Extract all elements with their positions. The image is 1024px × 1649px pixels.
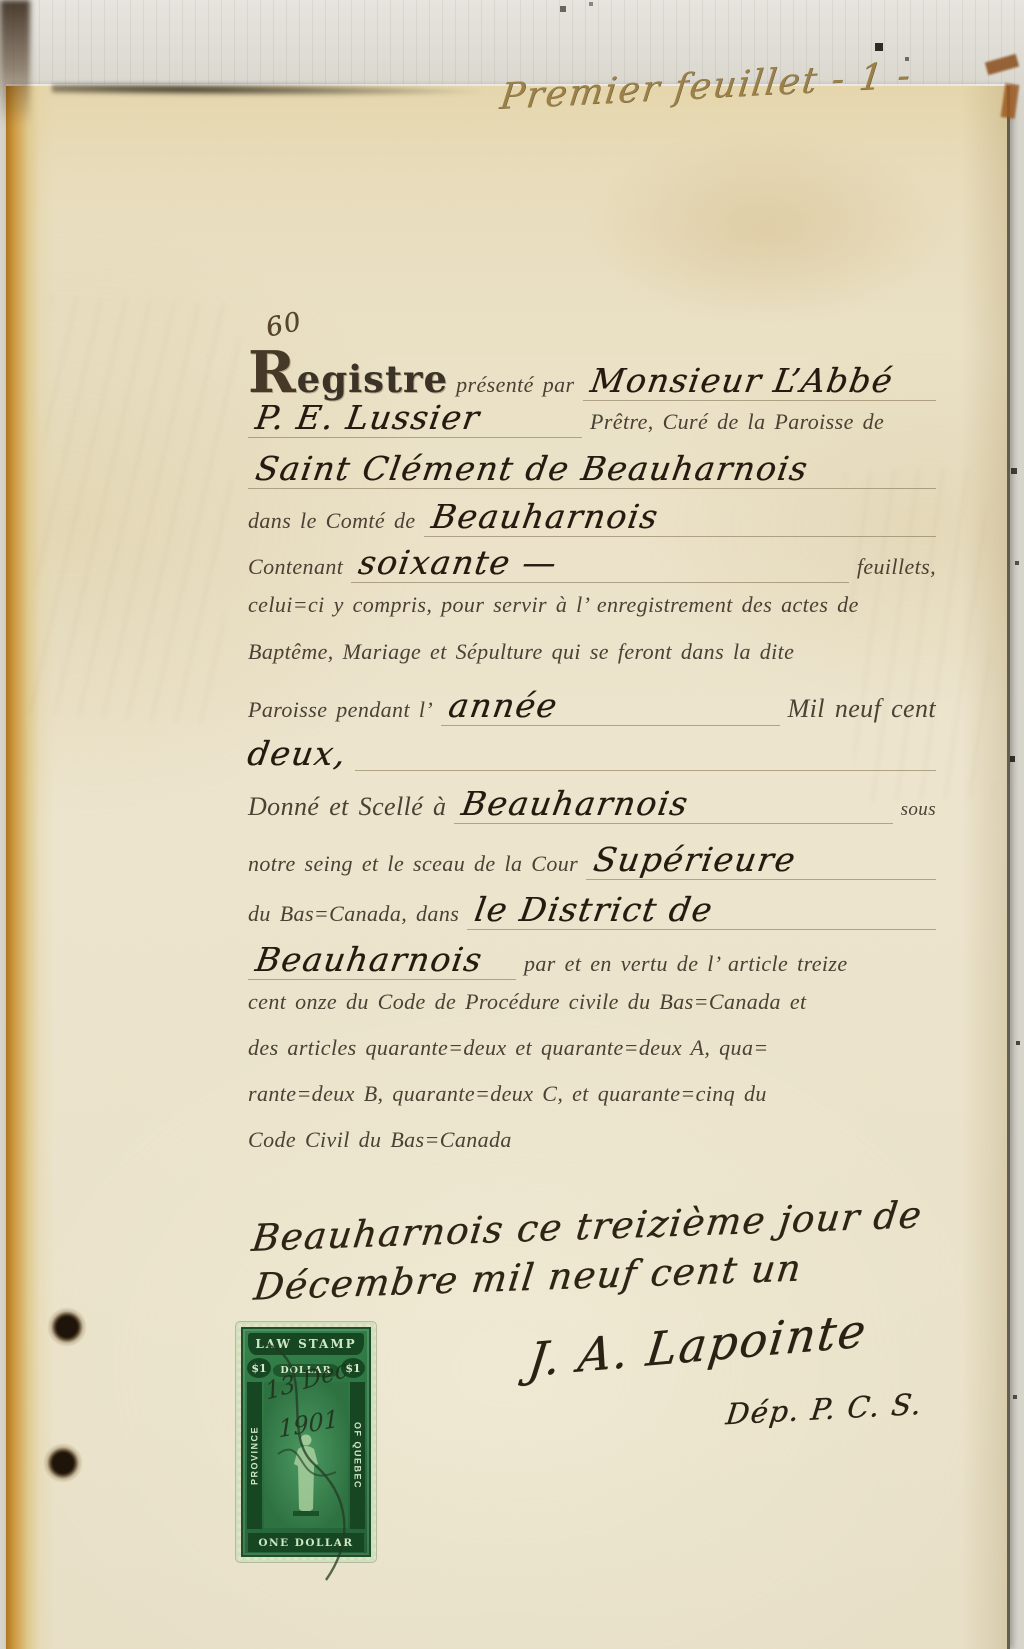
punch-hole [43,1443,83,1483]
form-line-seal: notre seing et le sceau de la Cour Supér… [248,840,936,890]
handwritten-court: Supérieure [591,840,799,879]
handwritten-parish: Saint Clément de Beauharnois [253,449,811,488]
fill-given-place: Beauharnois [454,784,892,824]
form-line-county: dans le Comté de Beauharnois [248,497,936,543]
form-line-acts: Baptême, Mariage et Sépulture qui se fer… [248,639,936,686]
form-line-canada: du Bas=Canada, dans le District de [248,890,936,940]
printed-sous-label: sous [901,799,936,821]
register-form: Registre présenté par Monsieur L’Abbé P.… [248,338,936,1173]
form-line-containing: Contenant soixante — feuillets, [248,543,936,592]
printed-containing-label: Contenant [248,554,343,580]
printed-article-line: par et en vertu de l’ article treize [524,951,848,977]
stamp-frame: LAW STAMP $1 DOLLAR $1 PROVINCE OF QUEBE… [241,1327,371,1557]
stamp-side-label-province: PROVINCE [247,1382,262,1529]
stamp-denomination-right: $1 [341,1358,365,1378]
printed-code-line2: des articles quarante=deux et quarante=d… [248,1035,769,1061]
printed-including-line: celui=ci y compris, pour servir à l’ enr… [248,592,859,618]
stamp-denomination-word: DOLLAR [273,1364,338,1377]
handwritten-presenter: Monsieur L’Abbé [587,361,895,400]
form-line-code4: Code Civil du Bas=Canada [248,1127,936,1173]
printed-canada-line: du Bas=Canada, dans [248,901,459,927]
printed-priest-title: Prêtre, Curé de la Paroisse de [590,409,884,435]
fill-court: Supérieure [586,840,936,880]
handwritten-district-name: Beauharnois [253,940,486,979]
stamp-side-label-quebec: OF QUEBEC [350,1382,365,1529]
fill-parish: Saint Clément de Beauharnois [248,449,936,489]
form-line-year-value: deux, [248,734,936,784]
printed-sheets-label: feuillets, [857,554,936,580]
handwritten-year-value: deux, [245,734,350,773]
printed-code-line3: rante=deux B, quarante=deux C, et quaran… [248,1081,767,1107]
binding-edge [6,86,54,1649]
printed-seal-line: notre seing et le sceau de la Cour [248,851,578,877]
printed-code-line4: Code Civil du Bas=Canada [248,1127,512,1153]
handwritten-sheet-count: soixante — [356,543,560,582]
handwritten-priest-name: P. E. Lussier [253,398,483,437]
fill-county: Beauharnois [424,497,936,537]
page-edge-shading [961,86,1007,1649]
scanned-register-document: Premier feuillet - 1 - 60 Registre prése… [0,0,1024,1649]
printed-code-line1: cent onze du Code de Procédure civile du… [248,989,807,1015]
fill-blank-rule [355,752,936,771]
printed-mil-label: Mil neuf cent [788,694,936,724]
printed-during-label: Paroisse pendant l’ [248,697,433,723]
form-line-given: Donné et Scellé à Beauharnois sous [248,784,936,840]
stamp-denomination-row: $1 DOLLAR $1 [247,1358,365,1378]
form-line-title: Registre présenté par Monsieur L’Abbé [248,338,936,398]
fill-district: le District de [467,890,936,930]
printed-presented-by: présenté par [456,372,574,398]
form-line-code2: des articles quarante=deux et quarante=d… [248,1035,936,1081]
form-line-code1: cent onze du Code de Procédure civile du… [248,989,936,1035]
form-line-year: Paroisse pendant l’ année Mil neuf cent [248,686,936,734]
form-line-district-name: Beauharnois par et en vertu de l’ articl… [248,940,936,989]
fill-sheet-count: soixante — [351,543,849,583]
form-line-parish: Saint Clément de Beauharnois [248,449,936,497]
fill-year-word: année [441,686,780,726]
stamp-title-ribbon: LAW STAMP [248,1333,364,1355]
fill-priest-name: P. E. Lussier [248,398,582,438]
printed-county-label: dans le Comté de [248,508,416,534]
fill-district-name: Beauharnois [248,940,516,980]
handwritten-year-word: année [446,686,561,725]
handwritten-district: le District de [472,890,716,929]
form-line-including: celui=ci y compris, pour servir à l’ enr… [248,592,936,639]
handwritten-given-place: Beauharnois [459,784,692,823]
punch-hole [47,1307,87,1347]
stamp-denomination-left: $1 [247,1358,271,1378]
registre-title: Registre [248,338,448,406]
form-line-code3: rante=deux B, quarante=deux C, et quaran… [248,1081,936,1127]
fill-presenter: Monsieur L’Abbé [583,361,937,401]
stamp-bottom-ribbon: ONE DOLLAR [248,1533,364,1552]
law-stamp: LAW STAMP $1 DOLLAR $1 PROVINCE OF QUEBE… [236,1322,376,1562]
corner-smudge [0,0,30,125]
printed-acts-line: Baptême, Mariage et Sépulture qui se fer… [248,639,794,665]
allegorical-figure-icon [264,1382,348,1528]
form-line-priest: P. E. Lussier Prêtre, Curé de la Paroiss… [248,398,936,449]
handwritten-county: Beauharnois [428,497,661,536]
printed-given-label: Donné et Scellé à [248,792,446,822]
